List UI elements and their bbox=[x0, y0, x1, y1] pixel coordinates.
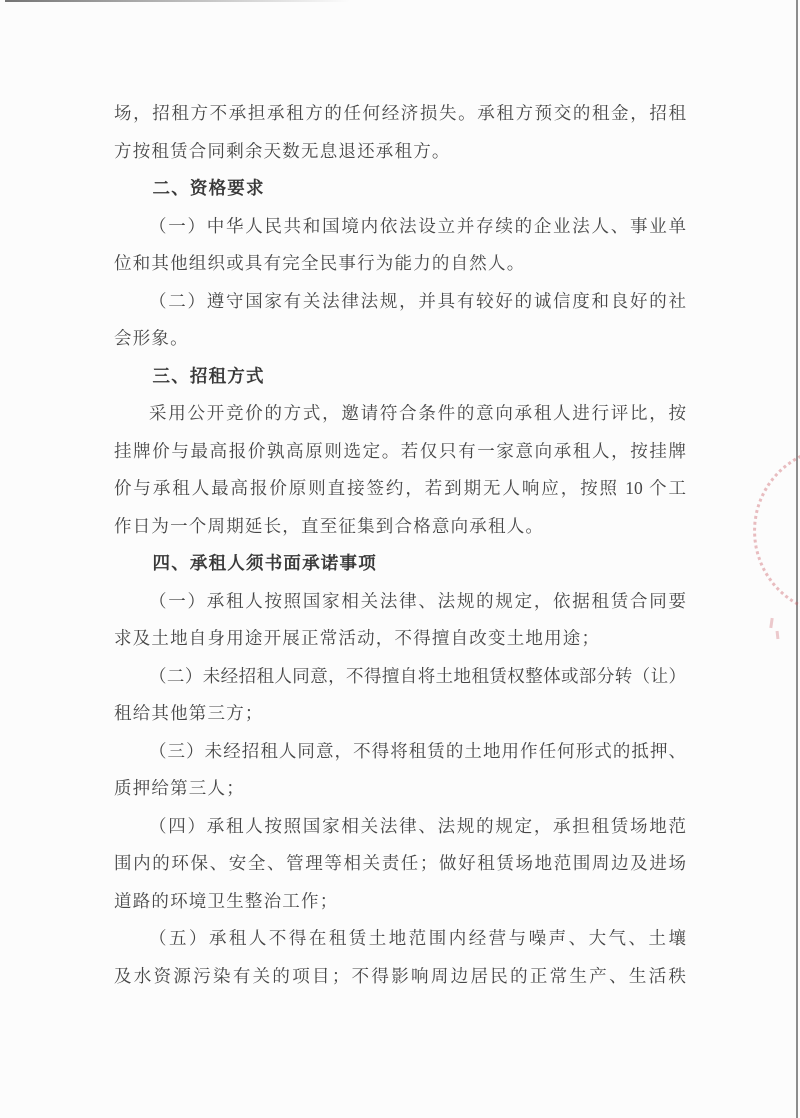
red-seal-icon bbox=[753, 446, 800, 616]
text-line: （五）承租人不得在租赁土地范围内经营与噪声、大气、土壤 bbox=[114, 920, 686, 958]
text-line: 方按租赁合同剩余天数无息退还承租方。 bbox=[114, 133, 686, 171]
text-line: 场，招租方不承担承租方的任何经济损失。承租方预交的租金，招租 bbox=[114, 95, 686, 133]
text-line: 求及土地自身用途开展正常活动，不得擅自改变土地用途； bbox=[114, 620, 686, 658]
text-line: 挂牌价与最高报价孰高原则选定。若仅只有一家意向承租人，按挂牌 bbox=[114, 433, 686, 471]
section-heading: 三、招租方式 bbox=[114, 358, 686, 396]
text-line: （二）遵守国家有关法律法规，并具有较好的诚信度和良好的社 bbox=[114, 283, 686, 321]
text-line: （二）未经招租人同意，不得擅自将土地租赁权整体或部分转（让） bbox=[114, 658, 686, 696]
section-heading: 二、资格要求 bbox=[114, 170, 686, 208]
text-line: （一）承租人按照国家相关法律、法规的规定，依据租赁合同要 bbox=[114, 583, 686, 621]
text-line: 围内的环保、安全、管理等相关责任；做好租赁场地范围周边及进场 bbox=[114, 845, 686, 883]
section-heading: 四、承租人须书面承诺事项 bbox=[114, 545, 686, 583]
text-line: （三）未经招租人同意，不得将租赁的土地用作任何形式的抵押、 bbox=[114, 733, 686, 771]
text-line: （四）承租人按照国家相关法律、法规的规定，承担租赁场地范 bbox=[114, 808, 686, 846]
scanned-document-page: 场，招租方不承担承租方的任何经济损失。承租方预交的租金，招租方按租赁合同剩余天数… bbox=[0, 0, 800, 1118]
text-line: 道路的环境卫生整治工作； bbox=[114, 883, 686, 921]
red-seal-speck bbox=[769, 618, 773, 628]
text-line: 作日为一个周期延长，直至征集到合格意向承租人。 bbox=[114, 508, 686, 546]
red-seal-speck bbox=[776, 631, 780, 639]
document-body: 场，招租方不承担承租方的任何经济损失。承租方预交的租金，招租方按租赁合同剩余天数… bbox=[114, 95, 686, 995]
text-line: 质押给第三人； bbox=[114, 770, 686, 808]
text-line: 及水资源污染有关的项目；不得影响周边居民的正常生产、生活秩 bbox=[114, 958, 686, 996]
text-line: 位和其他组织或具有完全民事行为能力的自然人。 bbox=[114, 245, 686, 283]
text-line: 会形象。 bbox=[114, 320, 686, 358]
text-line: 租给其他第三方； bbox=[114, 695, 686, 733]
text-line: （一）中华人民共和国境内依法设立并存续的企业法人、事业单 bbox=[114, 208, 686, 246]
text-line: 价与承租人最高报价原则直接签约，若到期无人响应，按照 10 个工 bbox=[114, 470, 686, 508]
text-line: 采用公开竞价的方式，邀请符合条件的意向承租人进行评比，按 bbox=[114, 395, 686, 433]
scan-streak-top-edge bbox=[5, 0, 350, 2]
